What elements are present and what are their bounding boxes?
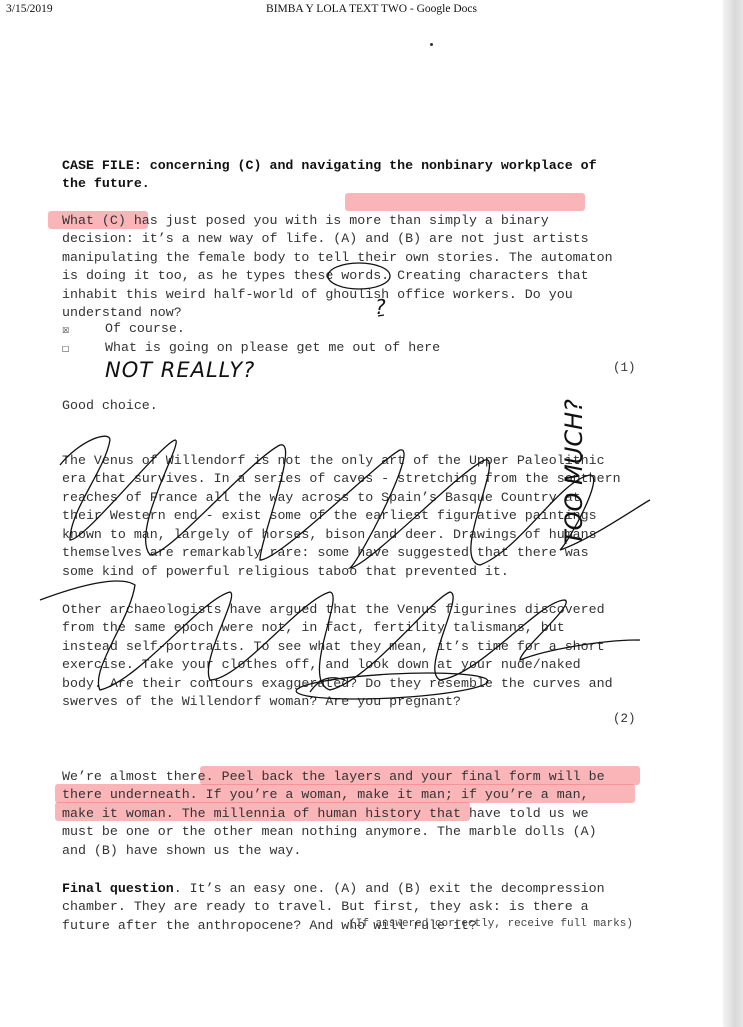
pen-scribbles: [0, 0, 743, 1027]
strike-scribble-1: [60, 436, 650, 568]
strike-scribble-2: [40, 581, 640, 690]
ghoulish-circle-icon: [328, 263, 390, 289]
ink-dash: [378, 315, 384, 316]
